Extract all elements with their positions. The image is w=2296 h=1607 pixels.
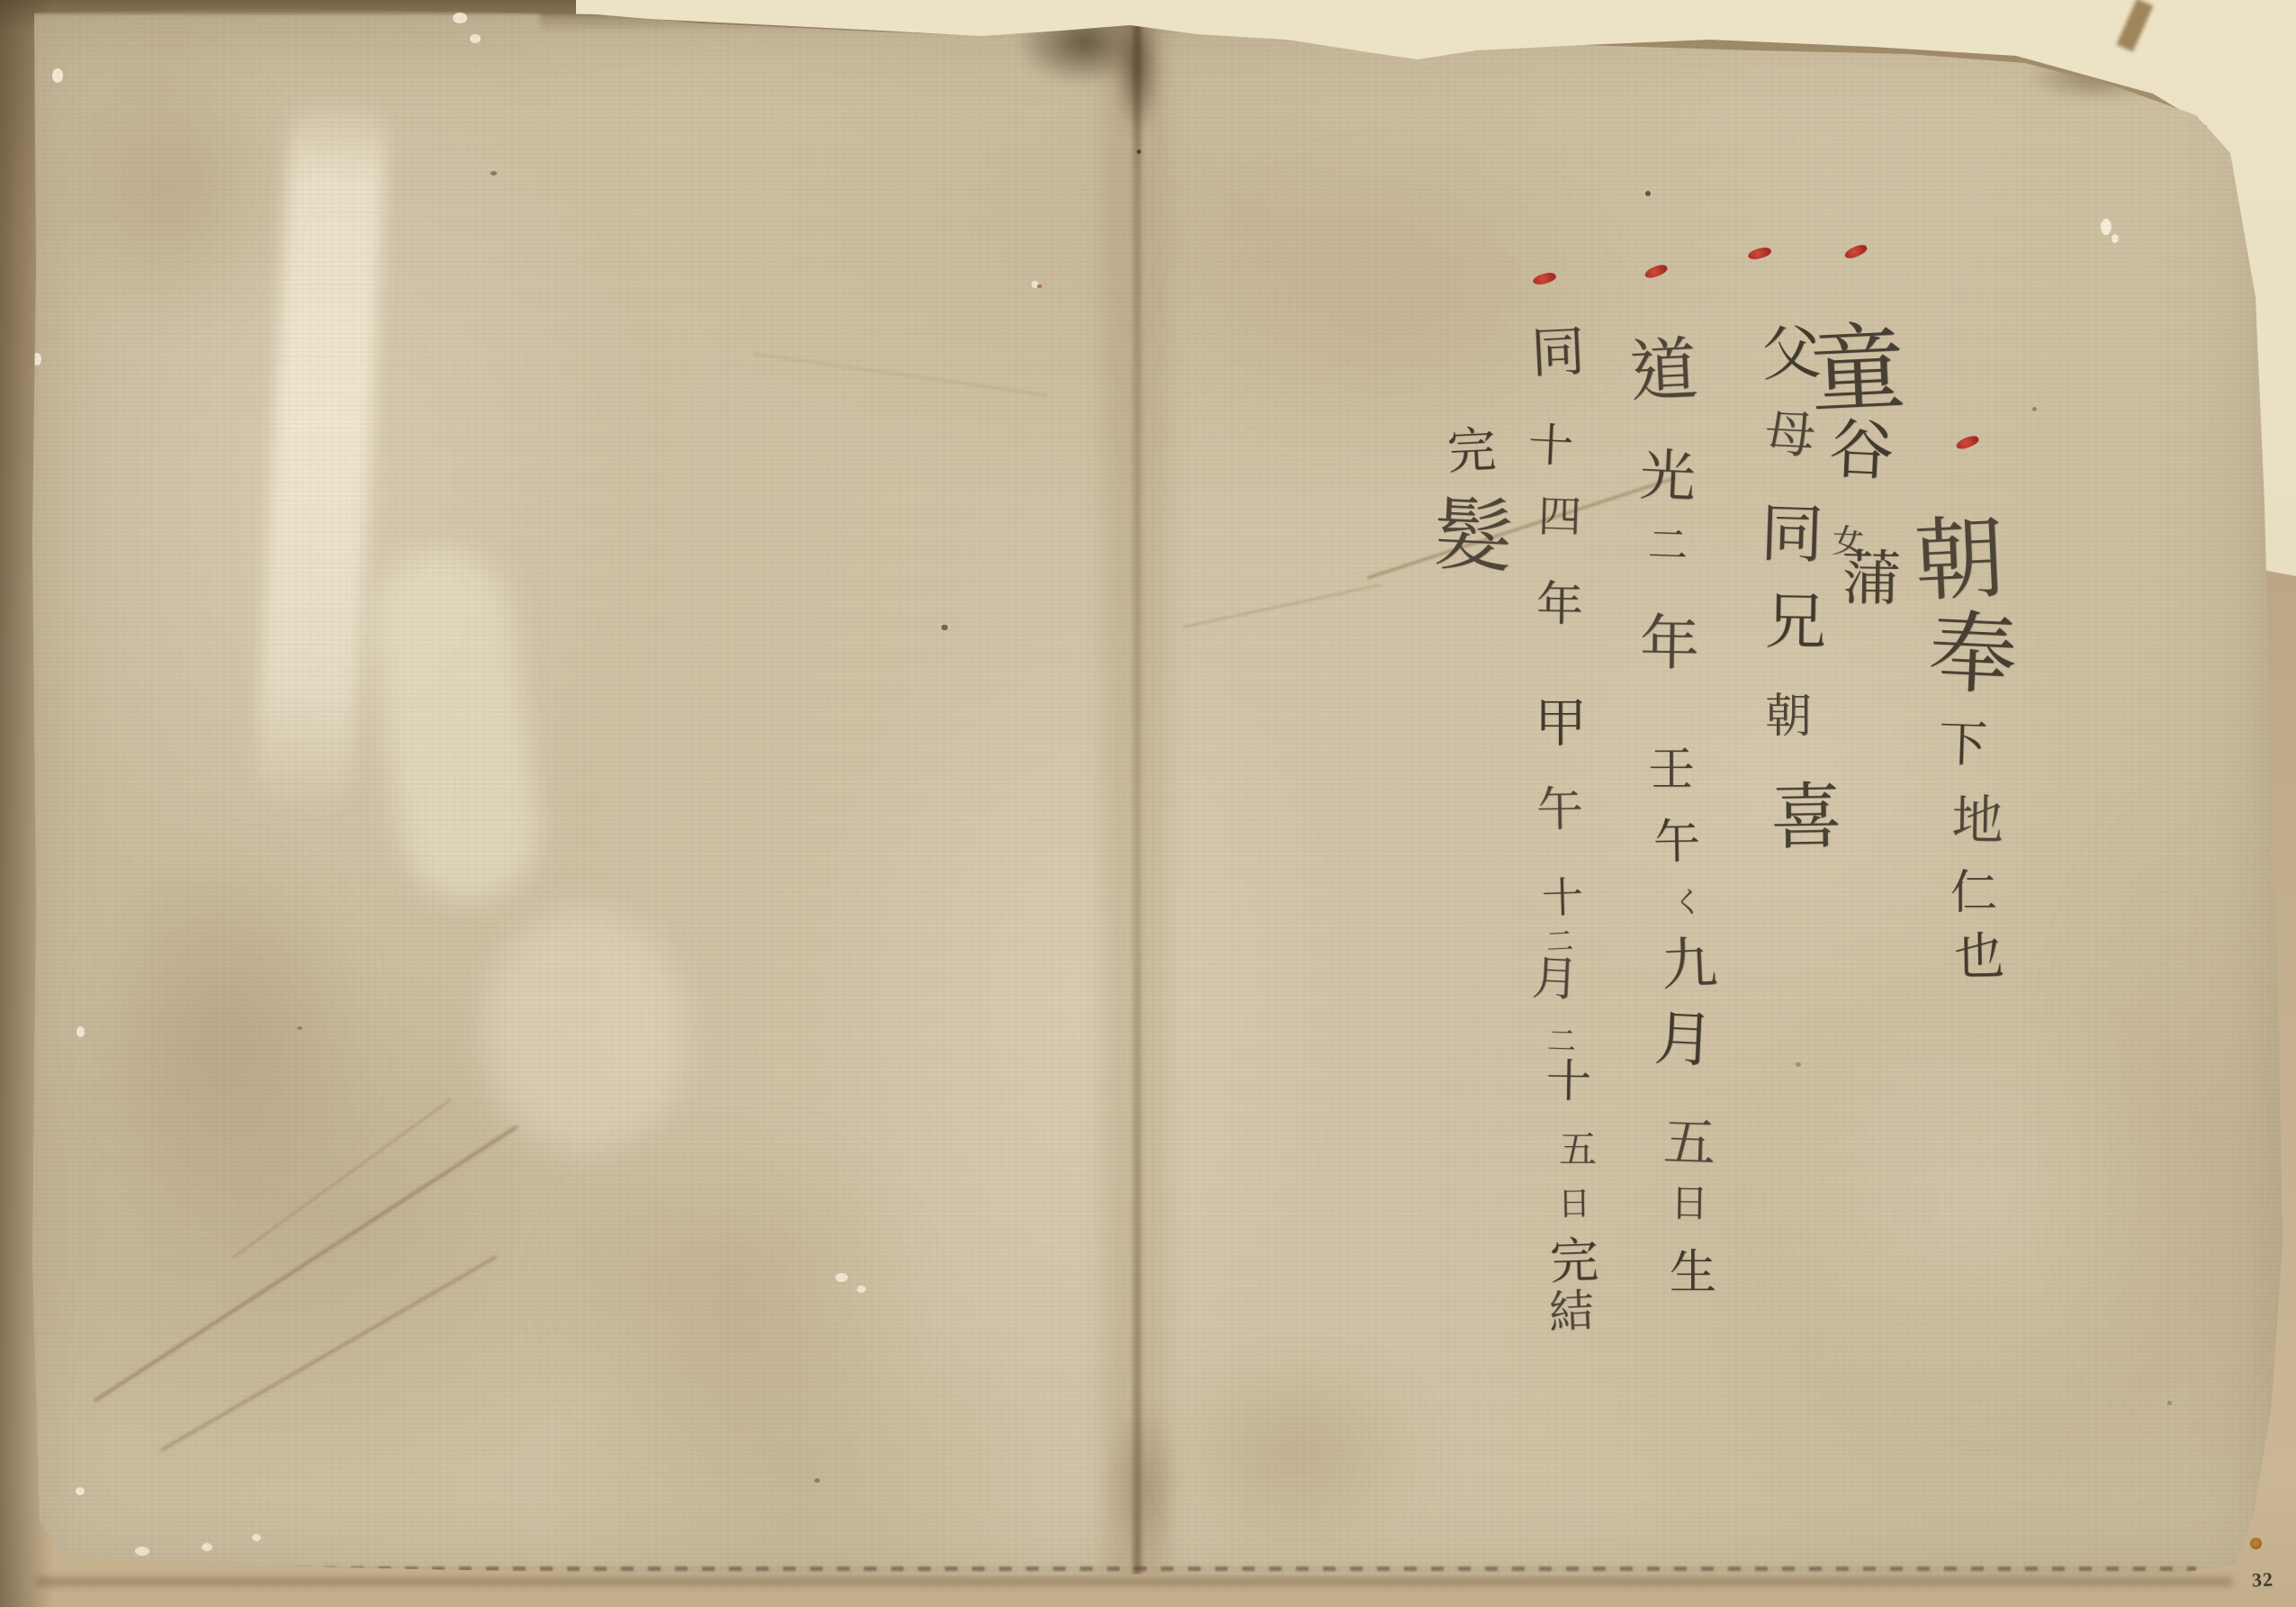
handwritten-character: 同 — [1760, 501, 1824, 566]
handwritten-character: 兄 — [1764, 591, 1826, 654]
handwritten-character: 二 — [1647, 525, 1688, 565]
handwritten-character: 地 — [1951, 794, 2004, 847]
handwritten-character: 母 — [1764, 410, 1817, 463]
handwritten-character: 童 — [1808, 320, 1908, 420]
handwritten-character: 結 — [1548, 1288, 1595, 1335]
handwritten-character: 仁 — [1950, 870, 1997, 916]
handwritten-character: 午 — [1653, 819, 1701, 867]
red-check-mark — [1532, 271, 1557, 286]
red-check-mark — [1843, 243, 1868, 261]
handwritten-character: 完 — [1549, 1236, 1599, 1287]
page-number: 32 — [2251, 1567, 2273, 1592]
handwritten-character: 五 — [1662, 1115, 1716, 1169]
handwritten-character: 月 — [1531, 955, 1580, 1004]
handwritten-character: 同 — [1530, 325, 1587, 382]
handwritten-character: 五 — [1559, 1131, 1597, 1169]
handwritten-character: 四 — [1537, 494, 1581, 538]
handwritten-character: 生 — [1670, 1250, 1716, 1296]
handwritten-character: 朝 — [1765, 693, 1812, 740]
red-check-mark — [1955, 434, 1980, 451]
handwritten-character: 九 — [1661, 935, 1719, 994]
red-check-mark — [1643, 263, 1669, 280]
handwritten-character: 日 — [1558, 1188, 1591, 1222]
handwritten-character: 日 — [1670, 1185, 1709, 1223]
handwritten-character: 年 — [1639, 613, 1699, 673]
handwritten-character: 奉 — [1927, 609, 2020, 701]
handwritten-character: 喜 — [1769, 781, 1842, 853]
handwritten-character: 午 — [1536, 787, 1584, 835]
handwritten-character: 父 — [1760, 322, 1822, 384]
handwritten-character: 二 — [1546, 1026, 1576, 1056]
handwritten-character: 下 — [1938, 719, 1988, 770]
handwritten-character: 十 — [1527, 422, 1574, 469]
red-check-mark — [1747, 246, 1772, 261]
manuscript-photo: 朝奉下地仁也童谷女蒲父母同兄朝喜道光二年壬午く九月五日生同十四年甲午十二月二十五… — [0, 0, 2296, 1607]
handwritten-character: 壬 — [1648, 747, 1695, 794]
handwritten-character: 光 — [1639, 447, 1697, 506]
handwritten-character: 也 — [1954, 933, 2005, 984]
handwritten-character: 蒲 — [1841, 548, 1901, 609]
handwritten-character: く — [1672, 888, 1702, 917]
handwritten-character: 完 — [1446, 426, 1497, 476]
text-layer: 朝奉下地仁也童谷女蒲父母同兄朝喜道光二年壬午く九月五日生同十四年甲午十二月二十五… — [0, 0, 2296, 1607]
handwritten-character: 甲 — [1535, 697, 1587, 749]
handwritten-character: 十 — [1541, 876, 1583, 918]
handwritten-character: 年 — [1536, 582, 1584, 629]
handwritten-character: 髮 — [1432, 495, 1515, 578]
handwritten-character: 谷 — [1827, 416, 1895, 483]
handwritten-character: 朝 — [1913, 513, 2007, 608]
handwritten-character: 月 — [1652, 1008, 1715, 1070]
handwritten-character: 十 — [1546, 1059, 1592, 1105]
handwritten-character: 道 — [1628, 335, 1699, 406]
